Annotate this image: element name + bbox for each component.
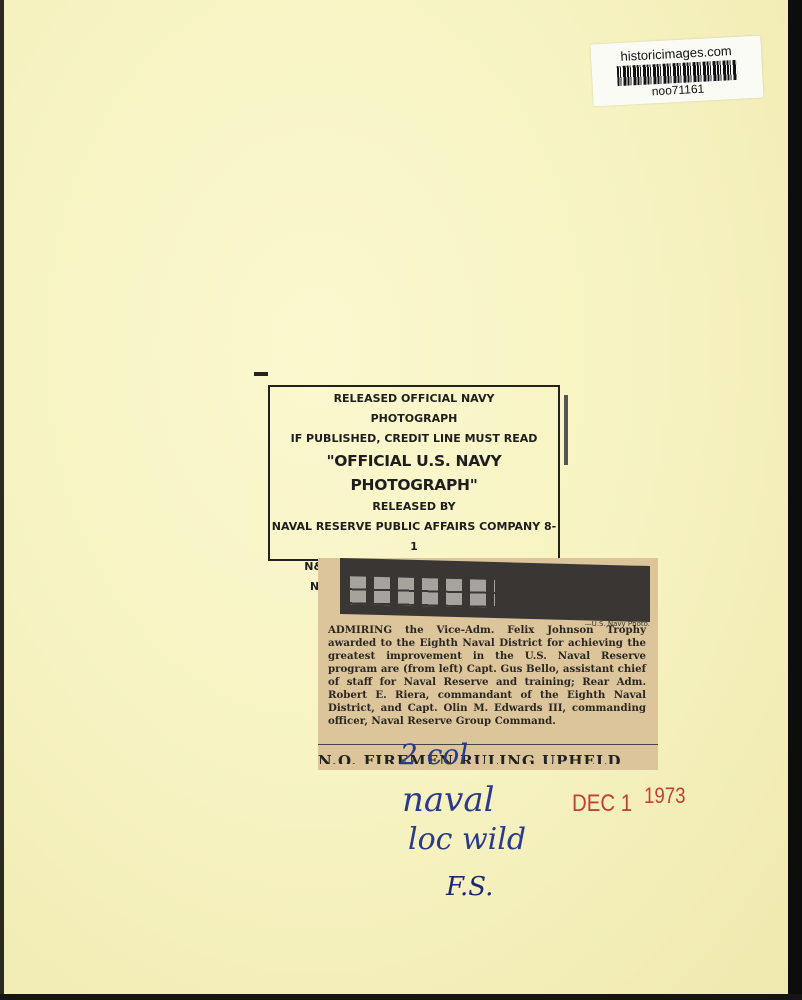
stamp-line: RELEASED BY bbox=[270, 497, 558, 517]
clipping-headline: N.O. FIREMEN RULING UPHELD bbox=[318, 750, 648, 764]
stamp-line: RELEASED OFFICIAL NAVY bbox=[270, 389, 558, 409]
scan-edge-right bbox=[788, 0, 802, 1000]
handwriting-line: 2 col bbox=[400, 738, 468, 771]
handwriting-line: naval bbox=[402, 780, 495, 820]
date-stamp: DEC 11973 bbox=[572, 790, 686, 818]
ink-smudge bbox=[564, 395, 568, 465]
scan-edge-left bbox=[0, 0, 4, 1000]
newspaper-clipping: —U.S. Navy Photo. ADMIRING the Vice-Adm.… bbox=[318, 558, 658, 770]
stamp-line: IF PUBLISHED, CREDIT LINE MUST READ bbox=[270, 429, 558, 449]
handwriting-line: loc wild bbox=[408, 822, 526, 857]
ink-smudge bbox=[254, 372, 268, 376]
clipping-caption: ADMIRING the Vice-Adm. Felix Johnson Tro… bbox=[328, 624, 646, 728]
photo-detail bbox=[350, 576, 495, 608]
divider bbox=[318, 744, 658, 745]
stamp-credit-line: "OFFICIAL U.S. NAVY PHOTOGRAPH" bbox=[270, 449, 558, 497]
clipping-photo bbox=[340, 558, 650, 622]
archive-label: historicimages.com noo71161 bbox=[590, 36, 763, 107]
handwriting-line: F.S. bbox=[446, 872, 493, 902]
stamp-line: NAVAL RESERVE PUBLIC AFFAIRS COMPANY 8-1 bbox=[270, 517, 558, 557]
date-month-day: DEC 1 bbox=[572, 790, 632, 817]
scan-edge-bottom bbox=[0, 994, 802, 1000]
stamp-line: PHOTOGRAPH bbox=[270, 409, 558, 429]
navy-release-stamp: RELEASED OFFICIAL NAVY PHOTOGRAPH IF PUB… bbox=[268, 385, 560, 561]
date-year: 1973 bbox=[644, 783, 686, 808]
